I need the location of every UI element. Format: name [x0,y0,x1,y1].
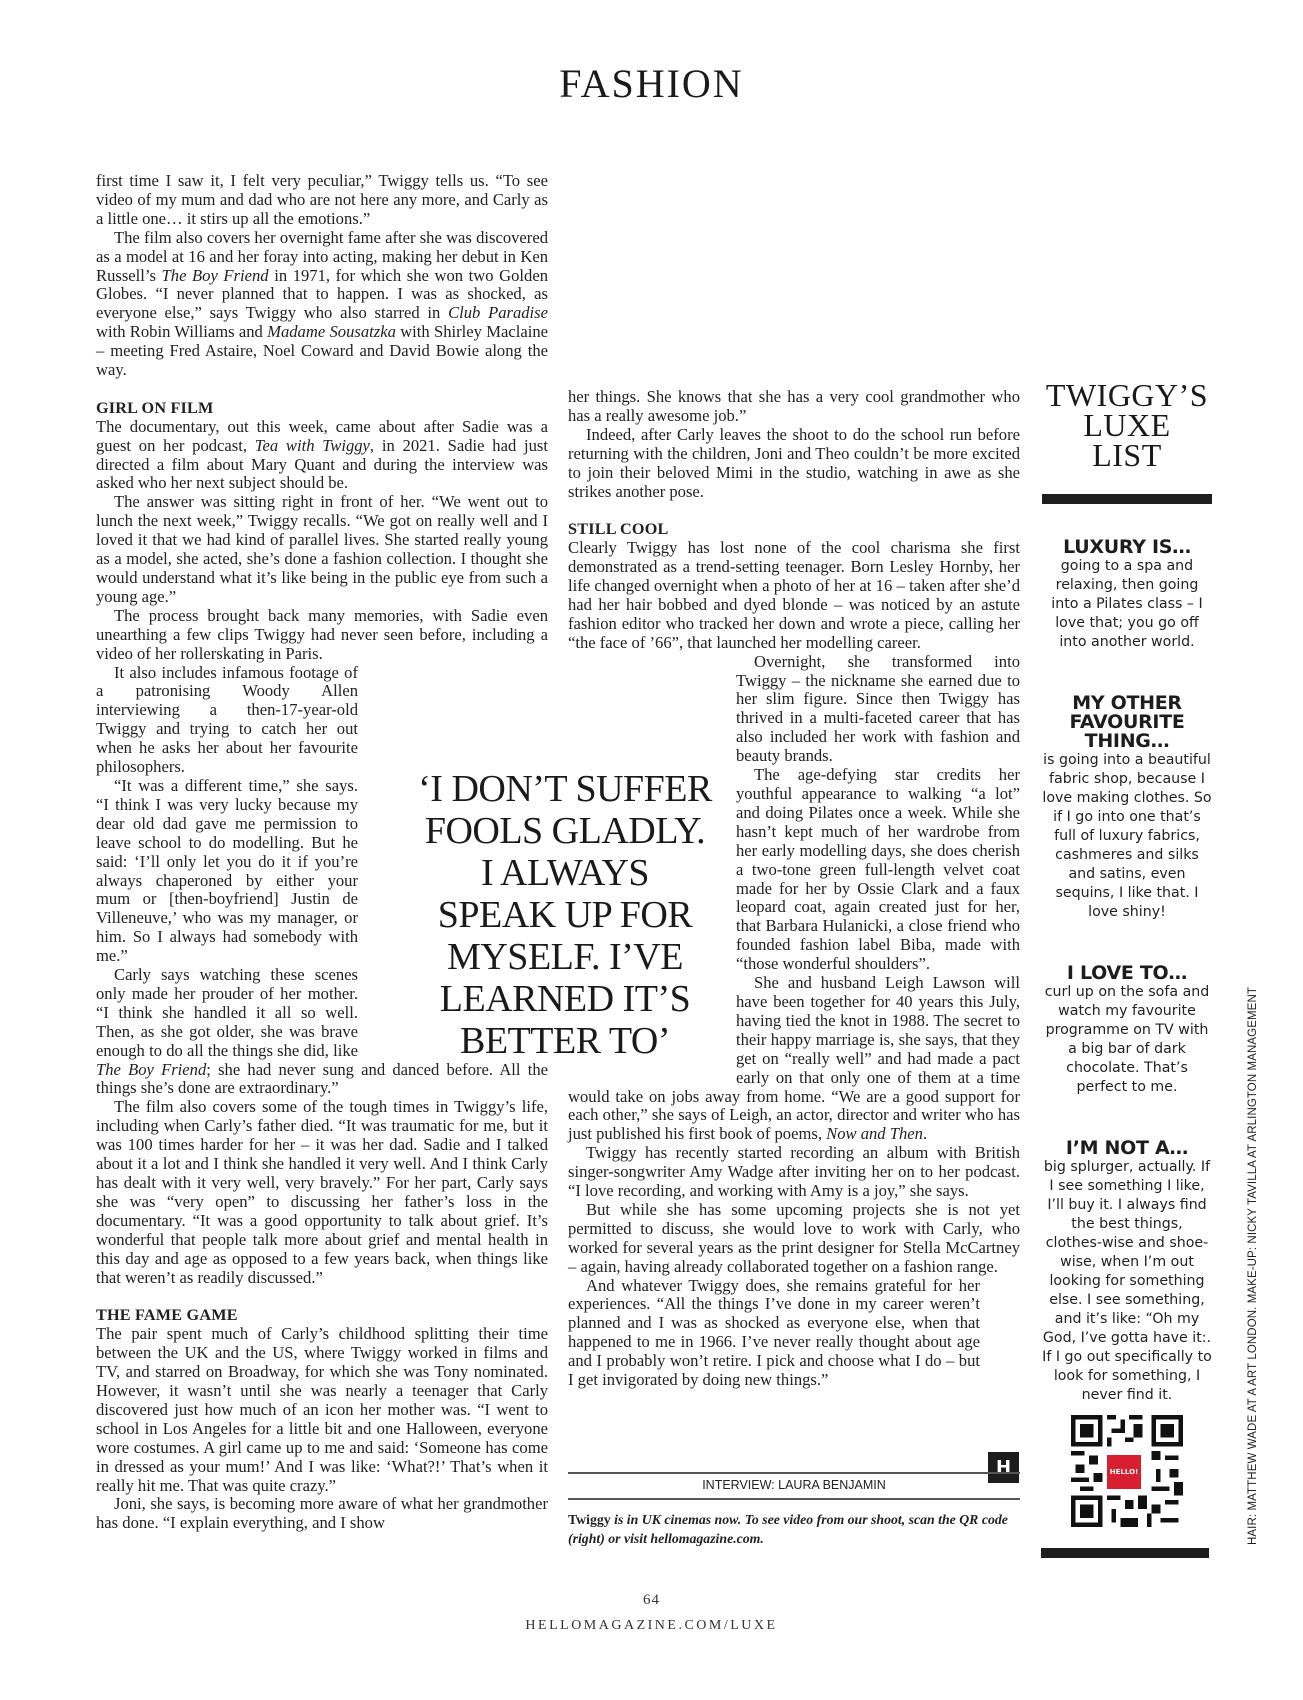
paragraph: The pair spent much of Carly’s childhood… [96,1325,548,1495]
sidebar-bottom-bar [1041,1548,1209,1558]
paragraph: But while she has some upcoming projects… [568,1201,1020,1277]
paragraph: first time I saw it, I felt very peculia… [96,172,548,229]
paragraph: Twiggy has recently started recording an… [568,1144,1020,1201]
photo-credit: HAIR: MATTHEW WADE AT A ART LONDON. MAKE… [1247,987,1259,1545]
paragraph: And whatever Twiggy does, she remains gr… [568,1277,1020,1390]
luxe-item: I’M NOT A… big splurger, actually. If I … [1042,1139,1212,1405]
paragraph: The film also covers her overnight fame … [96,229,548,380]
paragraph: The process brought back many memories, … [96,607,548,664]
divider [568,1498,1020,1500]
sidebar-title: TWIGGY’S LUXE LIST [1042,380,1212,470]
middle-column: her things. She knows that she has a ver… [568,388,1020,1390]
paragraph: her things. She knows that she has a ver… [568,388,1020,426]
luxe-item: MY OTHER FAVOURITE THING… [1042,694,1212,751]
section-title: FASHION [0,60,1303,107]
luxe-item: I LOVE TO… curl up on the sofa and watch… [1042,964,1212,1097]
interview-byline: INTERVIEW: LAURA BENJAMIN [568,1478,1020,1492]
subheading-girl-on-film: GIRL ON FILM [96,399,548,418]
divider [568,1472,1020,1474]
paragraph: Indeed, after Carly leaves the shoot to … [568,426,1020,502]
paragraph: The film also covers some of the tough t… [96,1098,548,1287]
footer-url[interactable]: HELLOMAGAZINE.COM/LUXE [0,1618,1303,1634]
page-number: 64 [0,1592,1303,1609]
hello-logo-icon: HELLO! [1107,1455,1141,1489]
subheading-fame-game: THE FAME GAME [96,1306,548,1325]
luxe-item-body: is going into a beautiful fabric shop, b… [1042,751,1212,922]
sidebar-divider [1042,494,1212,504]
subheading-still-cool: STILL COOL [568,520,1020,539]
pullquote-spacer [568,691,736,1087]
paragraph: Joni, she says, is becoming more aware o… [96,1495,548,1533]
cinema-note: Twiggy is in UK cinemas now. To see vide… [568,1510,1020,1548]
paragraph: The documentary, out this week, came abo… [96,418,548,494]
luxe-item: LUXURY IS… going to a spa and relaxing, … [1042,538,1212,652]
luxe-list-sidebar: TWIGGY’S LUXE LIST LUXURY IS… going to a… [1042,380,1212,1405]
paragraph: The answer was sitting right in front of… [96,493,548,606]
paragraph: Clearly Twiggy has lost none of the cool… [568,539,1020,652]
